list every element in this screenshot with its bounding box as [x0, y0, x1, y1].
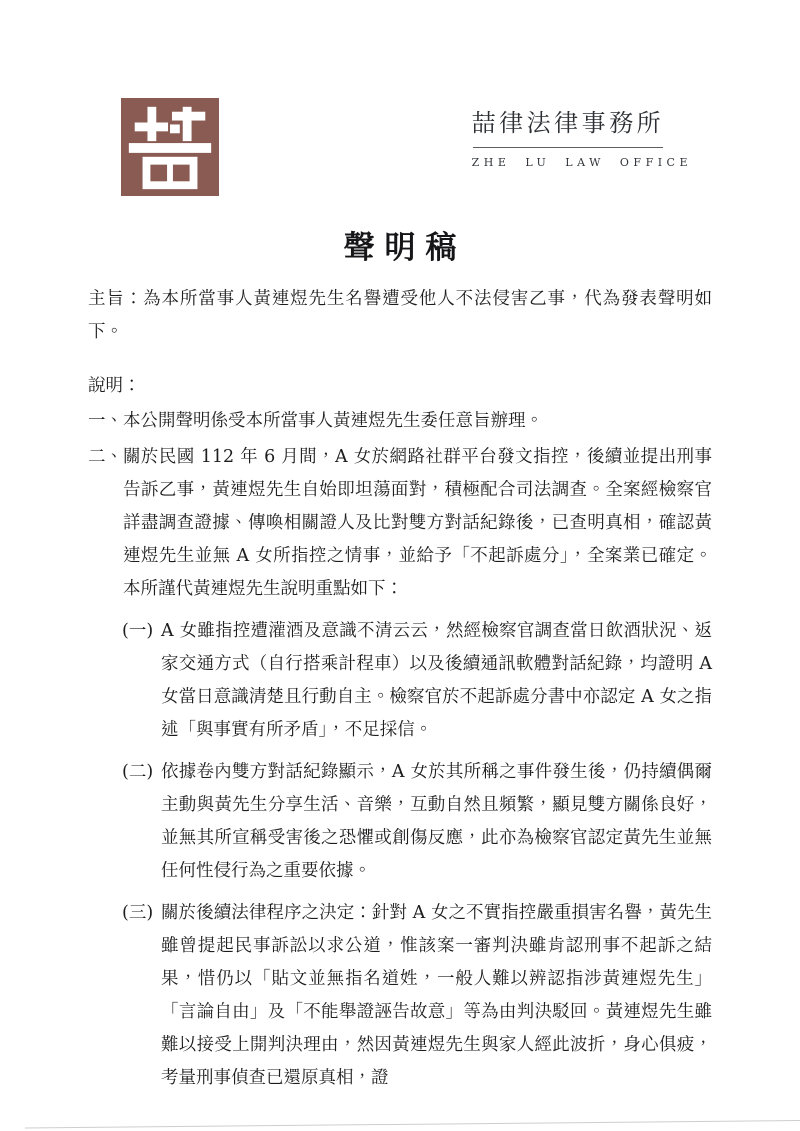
brand-divider — [473, 147, 663, 148]
sub-list-item: (一) A 女雖指控遭灌酒及意識不清云云，然經檢察官調查當日飲酒狀況、返家交通方… — [88, 615, 712, 747]
item-text: 本公開聲明係受本所當事人黃連煜先生委任意旨辦理。 — [123, 405, 712, 438]
firm-name-chinese: 喆律法律事務所 — [472, 103, 692, 138]
subject-line: 主旨：為本所當事人黃連煜先生名譽遭受他人不法侵害乙事，代為發表聲明如下。 — [88, 283, 712, 349]
firm-name-english: ZHE LU LAW OFFICE — [472, 156, 692, 169]
subject-label: 主旨： — [88, 289, 143, 309]
document-title: 聲明稿 — [0, 222, 800, 267]
subitem-marker: (三) — [122, 897, 161, 1095]
subitem-text: 依據卷內雙方對話紀錄顯示，A 女於其所稱之事件發生後，仍持續偶爾主動與黃先生分享… — [161, 756, 712, 888]
firm-logo-icon — [120, 98, 220, 196]
subitem-text: 關於後續法律程序之決定：針對 A 女之不實指控嚴重損害名譽，黃先生雖曾提起民事訴… — [161, 897, 712, 1095]
item-marker: 二、 — [88, 441, 123, 606]
document-body: 主旨：為本所當事人黃連煜先生名譽遭受他人不法侵害乙事，代為發表聲明如下。 說明：… — [88, 283, 712, 1098]
item-marker: 一、 — [88, 405, 123, 438]
letterhead: 喆律法律事務所 ZHE LU LAW OFFICE — [120, 98, 692, 196]
page-bottom-scan-shadow — [25, 1120, 800, 1128]
firm-brand-block: 喆律法律事務所 ZHE LU LAW OFFICE — [472, 98, 692, 169]
sub-list-item: (二) 依據卷內雙方對話紀錄顯示，A 女於其所稱之事件發生後，仍持續偶爾主動與黃… — [88, 756, 712, 888]
subitem-text: A 女雖指控遭灌酒及意識不清云云，然經檢察官調查當日飲酒狀況、返家交通方式（自行… — [161, 615, 712, 747]
list-item: 二、 關於民國 112 年 6 月間，A 女於網路社群平台發文指控，後續並提出刑… — [88, 441, 712, 606]
list-item: 一、 本公開聲明係受本所當事人黃連煜先生委任意旨辦理。 — [88, 405, 712, 438]
subject-text: 為本所當事人黃連煜先生名譽遭受他人不法侵害乙事，代為發表聲明如下。 — [88, 289, 712, 342]
subitem-marker: (二) — [122, 756, 161, 888]
statement-document-page: 喆律法律事務所 ZHE LU LAW OFFICE 聲明稿 主旨：為本所當事人黃… — [0, 0, 800, 1131]
subitem-marker: (一) — [122, 615, 161, 747]
explanation-label: 說明： — [88, 370, 712, 403]
sub-list-item: (三) 關於後續法律程序之決定：針對 A 女之不實指控嚴重損害名譽，黃先生雖曾提… — [88, 897, 712, 1095]
item-text: 關於民國 112 年 6 月間，A 女於網路社群平台發文指控，後續並提出刑事告訴… — [123, 441, 712, 606]
